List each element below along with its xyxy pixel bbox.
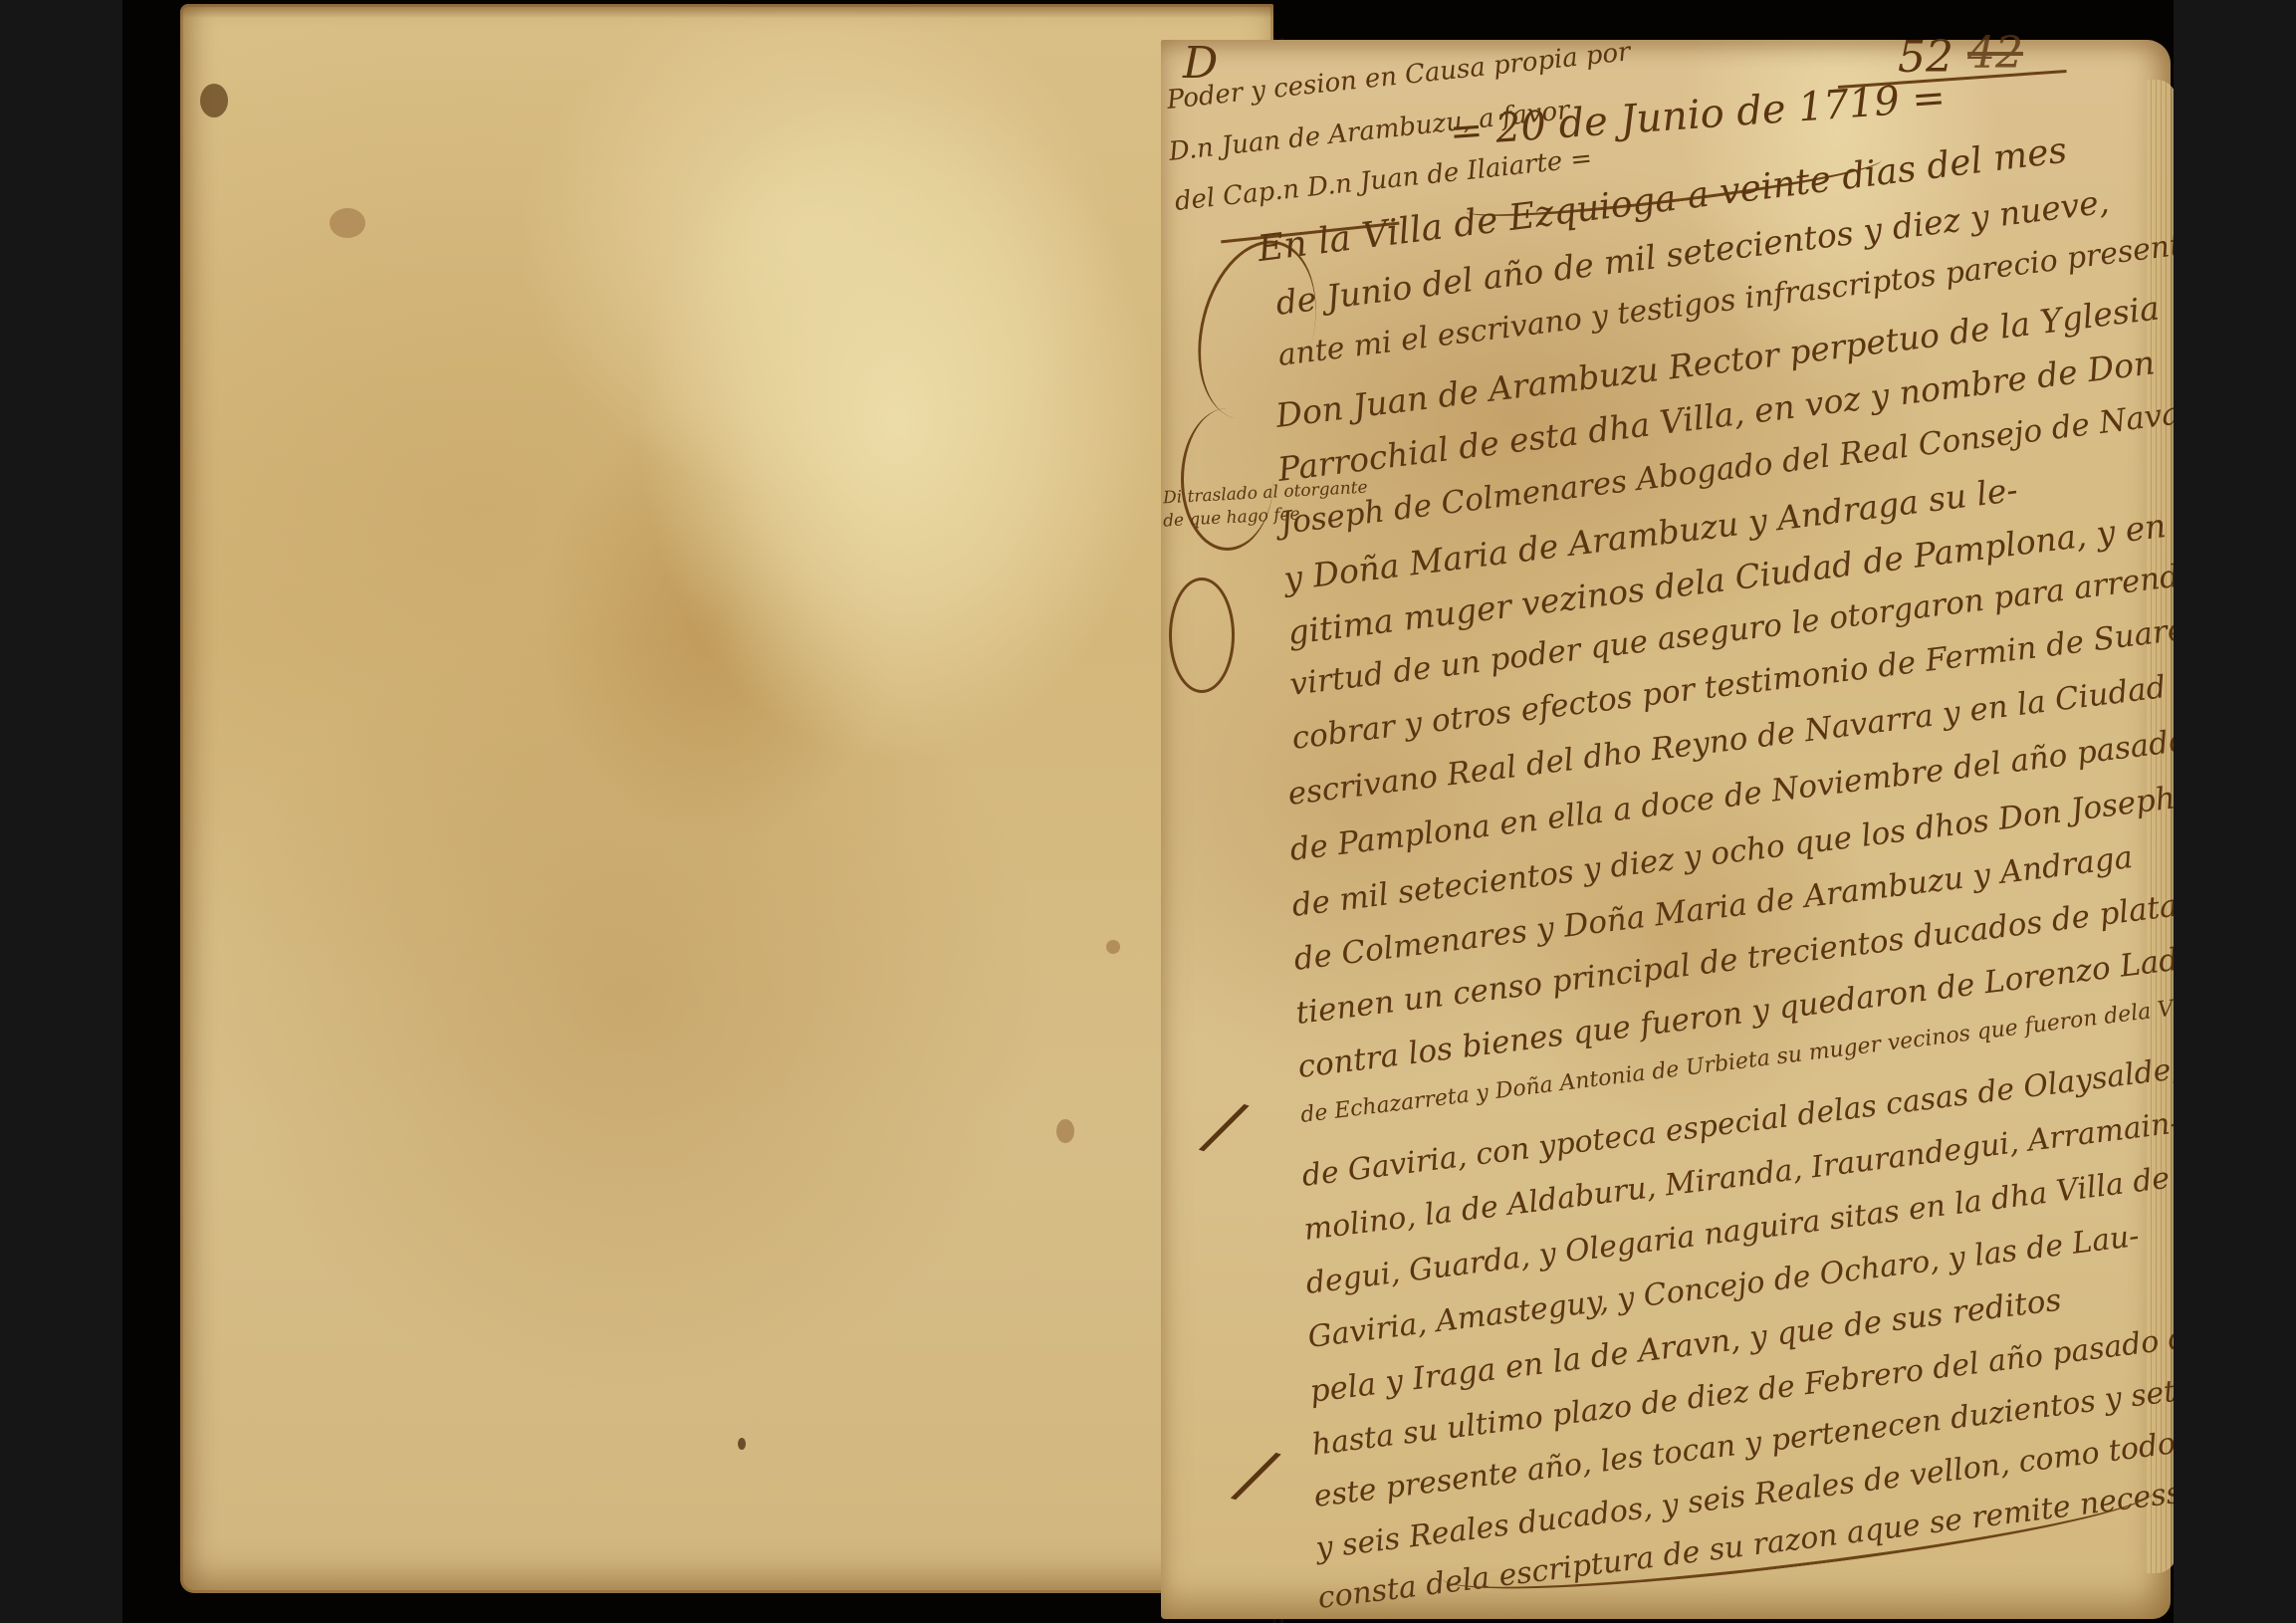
folio-number: 52 bbox=[1898, 32, 1953, 83]
stain-spot bbox=[738, 1438, 746, 1450]
viewer-right-bar bbox=[2174, 0, 2296, 1623]
viewer-left-bar bbox=[0, 0, 122, 1623]
stain-spot bbox=[1056, 1119, 1074, 1143]
margin-mark: / bbox=[1233, 1432, 1280, 1516]
right-page: D 52 42 Poder y cesion en Causa propia p… bbox=[1161, 40, 2171, 1619]
stain-spot bbox=[330, 208, 365, 238]
date-heading: = 20 de Junio de 1719 = bbox=[1448, 75, 1947, 155]
ink-blot bbox=[200, 84, 228, 117]
left-page bbox=[180, 4, 1273, 1593]
stain-spot bbox=[1106, 940, 1120, 954]
folio-struck-number: 42 bbox=[1967, 28, 2023, 79]
manuscript-scan: D 52 42 Poder y cesion en Causa propia p… bbox=[122, 0, 2174, 1623]
left-page-torn-edge bbox=[180, 4, 1273, 18]
margin-loop-flourish bbox=[1169, 578, 1235, 693]
margin-mark: / bbox=[1201, 1083, 1249, 1168]
